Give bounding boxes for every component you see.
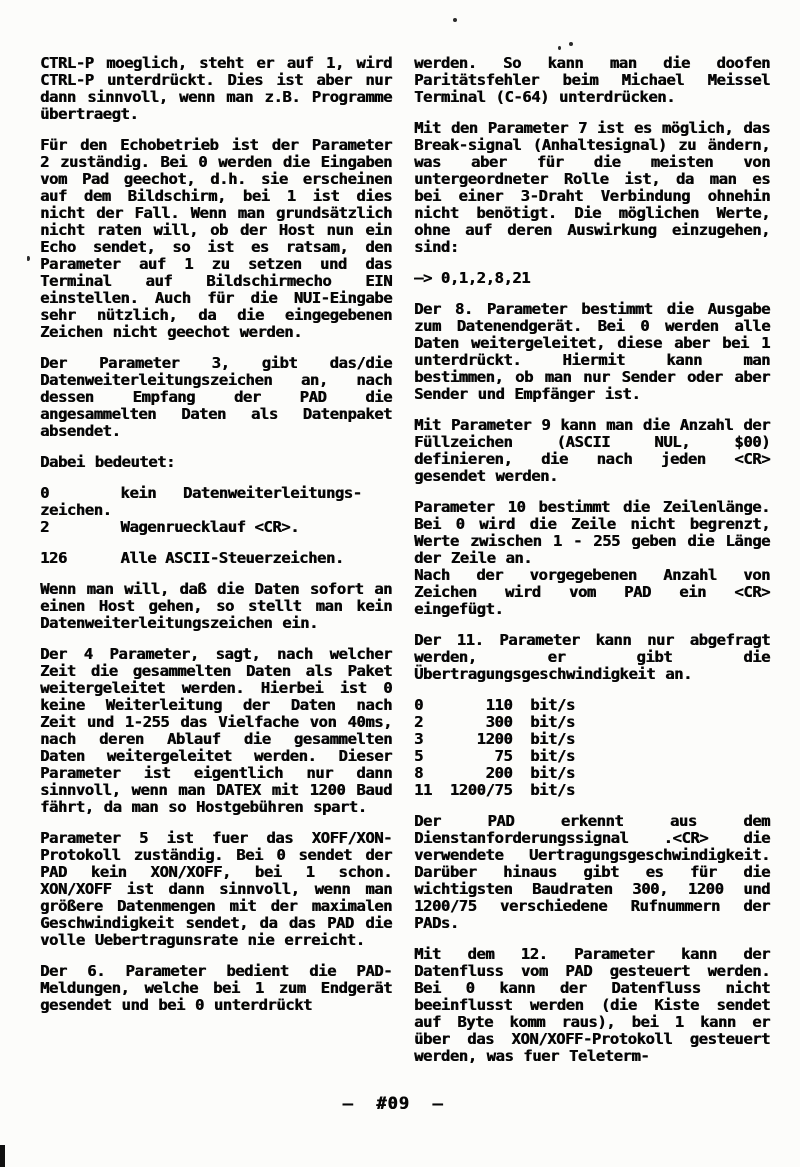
para-parameter-11: Der 11. Parameter kann nur abgefragt wer… xyxy=(414,632,770,683)
arrow-parameter7-values: —> 0,1,2,8,21 xyxy=(414,270,770,287)
para-ctrlp: CTRL-P moeglich, steht er auf 1, wird CT… xyxy=(40,55,392,123)
para-parameter-5: Parameter 5 ist fuer das XOFF/XON-Protok… xyxy=(40,830,392,949)
scan-speck xyxy=(453,18,457,22)
scan-speck xyxy=(27,256,30,261)
para-parameter-10b: Nach der vorgegebenen Anzahl von Zeichen… xyxy=(414,567,770,618)
baudrate-table-row: 3 1200 bit/s xyxy=(414,731,770,748)
para-parameter-6: Der 6. Parameter bedient die PAD-Meldung… xyxy=(40,963,392,1014)
right-column: werden. So kann man die doofen Paritätsf… xyxy=(414,55,770,1167)
scan-edge-mark xyxy=(0,1145,5,1167)
scan-speck xyxy=(569,42,573,46)
para-parameter-7: Mit den Parameter 7 ist es möglich, das … xyxy=(414,120,770,256)
baudrate-table-row: 11 1200/75 bit/s xyxy=(414,782,770,799)
baudrate-table-row: 0 110 bit/s xyxy=(414,697,770,714)
baudrate-table-row: 8 200 bit/s xyxy=(414,765,770,782)
scanned-page: CTRL-P moeglich, steht er auf 1, wird CT… xyxy=(0,0,800,1167)
left-column: CTRL-P moeglich, steht er auf 1, wird CT… xyxy=(40,55,392,1167)
para-daten-sofort: Wenn man will, daß die Daten sofort an e… xyxy=(40,581,392,632)
para-parameter-8: Der 8. Parameter bestimmt die Ausgabe zu… xyxy=(414,301,770,403)
page-number: — #09 — xyxy=(0,1094,786,1114)
para-paritaetsfehler: werden. So kann man die doofen Paritätsf… xyxy=(414,55,770,106)
label-dabei-bedeutet: Dabei bedeutet: xyxy=(40,454,392,471)
para-pad-erkennt: Der PAD erkennt aus dem Dienstanforderun… xyxy=(414,813,770,932)
para-echobetrieb: Für den Echobetrieb ist der Parameter 2 … xyxy=(40,137,392,341)
list-datenweiterleitungszeichen: 0 kein Datenweiterleitungs- zeichen. 2 W… xyxy=(40,485,392,536)
para-parameter-4: Der 4 Parameter, sagt, nach welcher Zeit… xyxy=(40,646,392,816)
baudrate-table-row: 2 300 bit/s xyxy=(414,714,770,731)
para-parameter-12: Mit dem 12. Parameter kann der Datenflus… xyxy=(414,946,770,1065)
scan-speck xyxy=(558,46,561,50)
baudrate-table: 0 110 bit/s 2 300 bit/s 3 1200 bit/s 5 7… xyxy=(414,697,770,799)
list-ascii-steuerzeichen: 126 Alle ASCII-Steuerzeichen. xyxy=(40,550,392,567)
para-parameter-3: Der Parameter 3, gibt das/die Datenweite… xyxy=(40,355,392,440)
para-parameter-9: Mit Parameter 9 kann man die Anzahl der … xyxy=(414,417,770,485)
baudrate-table-row: 5 75 bit/s xyxy=(414,748,770,765)
para-parameter-10: Parameter 10 bestimmt die Zeilenlänge. B… xyxy=(414,499,770,567)
